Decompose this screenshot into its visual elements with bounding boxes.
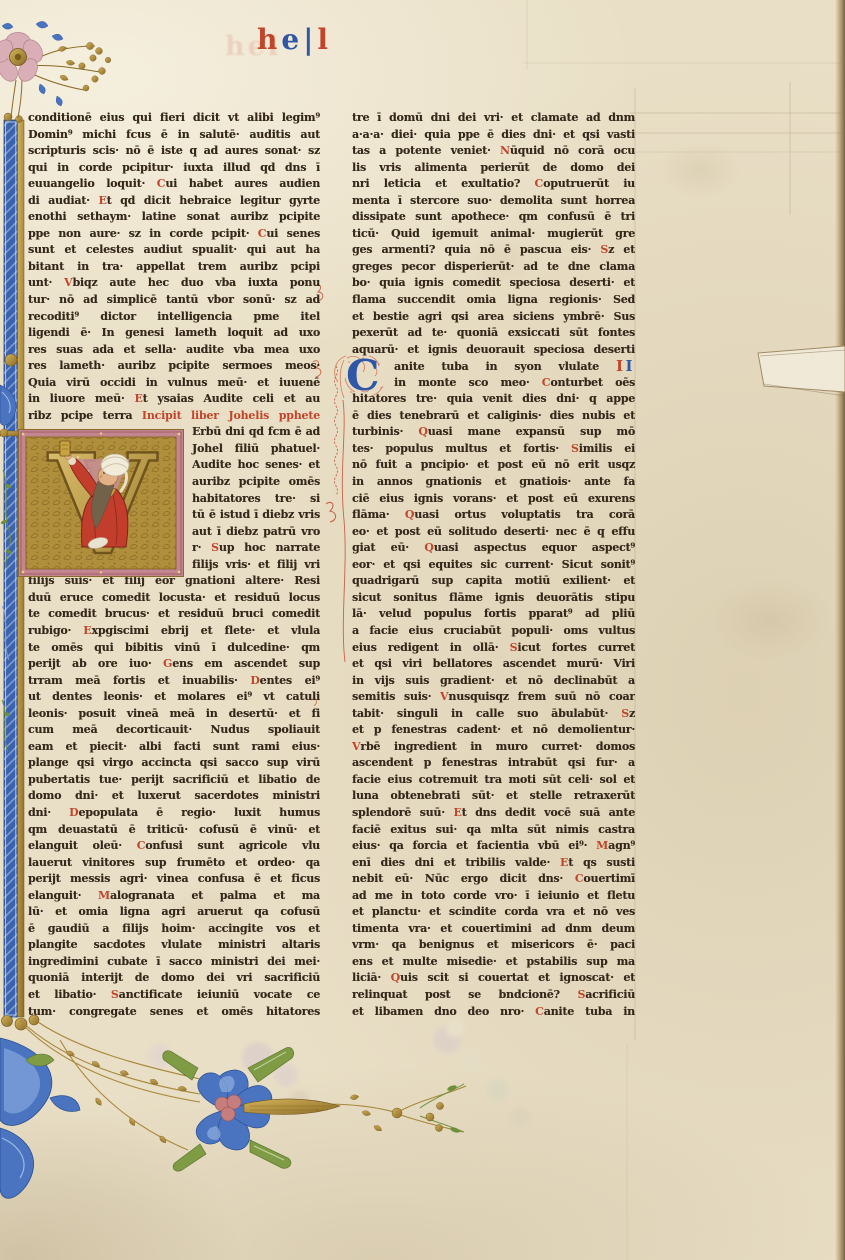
text-line: elanguit· Malogranata et palma et ma bbox=[28, 888, 320, 905]
text-line: faciē exitus sui· qa mlta sūt nimis cast… bbox=[352, 822, 635, 839]
text-line: lis vris alimenta perierūt de domo dei bbox=[352, 160, 635, 177]
text-line: recoditi⁹ dictor intelligencia pme itel bbox=[28, 309, 320, 326]
text-line: splendorē suū· Et dns dedit vocē suā ant… bbox=[352, 805, 635, 822]
text-line: tur· nō ad simplicē tantū vbor sonū· sz … bbox=[28, 292, 320, 309]
text-line: conditionē eius qui fieri dicit vt alibi… bbox=[28, 110, 320, 127]
red-ink-text: N bbox=[500, 144, 510, 157]
text-line: ascendent p fenestras intrabūt qsi fur· … bbox=[352, 755, 635, 772]
text-line: et libatio· Sanctificate ieiuniū vocate … bbox=[28, 987, 320, 1004]
text-line: flama succendit omia ligna regionis· Sed bbox=[352, 292, 635, 309]
text-line: et p fenestras cadent· et nō demolientur… bbox=[352, 722, 635, 739]
red-ink-text: Q bbox=[418, 425, 427, 438]
historiated-initial-v-prophet: V bbox=[18, 429, 184, 577]
text-line: vrm· qa benignus et misericors ē· paci bbox=[352, 937, 635, 954]
text-line: ad me in toto corde vro· ī ieiunio et fl… bbox=[352, 888, 635, 905]
text-line: nri leticia et exultatio? Coputruerūt iu bbox=[352, 176, 635, 193]
blue-acanthus bbox=[0, 1038, 80, 1198]
running-title-offset-ghost: hel bbox=[225, 33, 281, 60]
red-ink-text: C bbox=[258, 227, 267, 240]
text-line: sicut sonitus flāme ignis deuorātis stip… bbox=[352, 590, 635, 607]
show-through bbox=[148, 1019, 530, 1128]
text-line: ē dies tenebrarū et caliginis· dies nubi… bbox=[352, 408, 635, 425]
red-ink-text: E bbox=[98, 194, 106, 207]
text-line: enī dies dni et tribilis valde· Et qs su… bbox=[352, 855, 635, 872]
text-line: perijt ab ore iuo· Gens em ascendet sup bbox=[28, 656, 320, 673]
text-line: lauerut vinitores sup frumēto et ordeo· … bbox=[28, 855, 320, 872]
initial-letter-c: C bbox=[346, 352, 379, 400]
text-line: et qsi viri bellatores ascendet murū· Vi… bbox=[352, 656, 635, 673]
red-ink-text: E bbox=[134, 392, 142, 405]
red-ink-text: E bbox=[453, 806, 461, 819]
red-ink-text: S bbox=[621, 707, 629, 720]
text-line: a·a·a· diei· quia ppe ē dies dni· et qsi… bbox=[352, 127, 635, 144]
text-line: ciē eius ignis vorans· et post eū exuren… bbox=[352, 491, 635, 508]
text-line: pubertatis tue· perijt sacrificiū et lib… bbox=[28, 772, 320, 789]
chapter-initial-c: C bbox=[341, 352, 388, 402]
text-line: dni· Depopulata ē regio· luxit humus bbox=[28, 805, 320, 822]
text-line: in annos gnationis et gnatiois· ante fa bbox=[352, 474, 635, 491]
text-line: anite tuba in syon vlulate II bbox=[352, 358, 635, 375]
red-ink-text: S bbox=[211, 541, 219, 554]
page-edge bbox=[835, 0, 845, 1260]
text-line: quoniā interijt de domo dei vri sacrific… bbox=[28, 970, 320, 987]
text-line: nebit eū· Nūc ergo dicit dns· Couertimī bbox=[352, 871, 635, 888]
running-title-letter: e bbox=[281, 23, 303, 56]
text-line: facie eius cotremuit tra moti sūt celi· … bbox=[352, 772, 635, 789]
text-line: ens et multe misedie· et pstabilis sup m… bbox=[352, 954, 635, 971]
text-line: lū· et omia ligna agri aruerut qa cofusū bbox=[28, 904, 320, 921]
red-ink-text: E bbox=[560, 856, 568, 869]
text-line: liciā· Quis scit si couertat et ignoscat… bbox=[352, 970, 635, 987]
red-ink-text: S bbox=[510, 641, 518, 654]
red-ink-text: V bbox=[64, 276, 72, 289]
text-line: giat eū· Quasi aspectus equor aspect⁹ bbox=[352, 540, 635, 557]
text-line: res lameth· auribz pcipite sermoes meos· bbox=[28, 358, 320, 375]
red-ink-text: C bbox=[575, 872, 584, 885]
text-line: euuangelio loquit· Cui habet aures audie… bbox=[28, 176, 320, 193]
running-title-letter: l bbox=[317, 23, 332, 56]
text-line: in liuore meū· Et ysaias Audite celi et … bbox=[28, 391, 320, 408]
text-line: pexerūt ad te· quoniā exsiccati sūt font… bbox=[352, 325, 635, 342]
text-line: res suas ada et sella· audite vba mea ux… bbox=[28, 342, 320, 359]
text-line: tum· congregate senes et omēs hitatores bbox=[28, 1004, 320, 1021]
top-left-flower bbox=[0, 21, 111, 118]
red-ink-text: C bbox=[535, 1005, 544, 1018]
text-line: tre ī domū dni dei vri· et clamate ad dn… bbox=[352, 110, 635, 127]
text-line: duū eruce comedit locusta· et residuū lo… bbox=[28, 590, 320, 607]
text-line: a facie eius cruciabūt populi· oms vultu… bbox=[352, 623, 635, 640]
text-line: Quia virū occidi in vulnus meū· et iuuen… bbox=[28, 375, 320, 392]
red-ink-text: S bbox=[577, 988, 585, 1001]
text-line: unt· Vbiqz aute hec duo vba iuxta ponu bbox=[28, 275, 320, 292]
text-line: greges pecor disperierūt· ad te dne clam… bbox=[352, 259, 635, 276]
text-line: plangite sacdotes vlulate ministri altar… bbox=[28, 937, 320, 954]
text-line: relinquat post se bndcionē? Sacrificiū bbox=[352, 987, 635, 1004]
text-line: quadrigarū sup capita motiū exilient· et bbox=[352, 573, 635, 590]
text-line: ē gaudiū a filijs hoim· accingite vos et bbox=[28, 921, 320, 938]
manuscript-page: he|l hel conditionē eius qui fieri dicit… bbox=[0, 0, 845, 1260]
red-ink-text: D bbox=[250, 674, 259, 687]
red-ink-text: C bbox=[542, 376, 551, 389]
text-line: ges armenti? quia nō ē pascua eis· Sz et bbox=[352, 242, 635, 259]
text-line: ppe non aure· sz in corde pcipit· Cui se… bbox=[28, 226, 320, 243]
text-line: Vrbē ingredient in muro curret· domos bbox=[352, 739, 635, 756]
bottom-floral-border bbox=[0, 1019, 530, 1198]
text-line: in monte sco meo· Conturbet oēs bbox=[352, 375, 635, 392]
red-ink-text: S bbox=[600, 243, 608, 256]
text-line: eor· et qsi equites sic current· Sicut s… bbox=[352, 557, 635, 574]
initial-v-art: V bbox=[18, 429, 184, 577]
parchment-tab bbox=[758, 346, 845, 396]
red-ink-text: G bbox=[163, 657, 172, 670]
text-line: turbinis· Quasi mane expansū sup mō bbox=[352, 424, 635, 441]
text-line: eius· qa forcia et facientia vbū ei⁹· Ma… bbox=[352, 838, 635, 855]
text-line: ligendi ē· In genesi lameth loquit ad ux… bbox=[28, 325, 320, 342]
red-ink-text: Q bbox=[424, 541, 433, 554]
text-line: eam et piecit· albi facti sunt rami eius… bbox=[28, 739, 320, 756]
text-line: leonis· posuit vineā meā in desertū· et … bbox=[28, 706, 320, 723]
text-line: rubigo· Expgiscimi ebrij et flete· et vl… bbox=[28, 623, 320, 640]
text-line: tes· populus multus et fortis· Similis e… bbox=[352, 441, 635, 458]
red-ink-text: V bbox=[440, 690, 448, 703]
text-line: te omēs qui bibitis vinū ī dulcedine· qm bbox=[28, 640, 320, 657]
red-ink-text: D bbox=[69, 806, 78, 819]
text-line: et bestie agri qsi area siciens ymbrē· S… bbox=[352, 309, 635, 326]
running-title-letter: | bbox=[303, 23, 317, 56]
text-line: trram meā fortis et inuabilis· Dentes ei… bbox=[28, 673, 320, 690]
text-line: enothi sethaym· latine sonat auribz pcip… bbox=[28, 209, 320, 226]
text-line: plange qsi virgo accincta qsi sacco sup … bbox=[28, 755, 320, 772]
text-line: flāma· Quasi ortus voluptatis tra corā bbox=[352, 507, 635, 524]
red-ink-text: C bbox=[157, 177, 166, 190]
blue-flower bbox=[163, 1048, 340, 1171]
text-line: et planctu· et scindite corda vra et nō … bbox=[352, 904, 635, 921]
text-line: domo dni· et luxerut sacerdotes ministri bbox=[28, 788, 320, 805]
text-line: cum meā decorticauit· Nudus spoliauit bbox=[28, 722, 320, 739]
red-ink-text: Q bbox=[391, 971, 400, 984]
text-line: scripturis scis· nō ē iste q ad aures so… bbox=[28, 143, 320, 160]
text-column-right: tre ī domū dni dei vri· et clamate ad dn… bbox=[352, 110, 635, 1020]
margin-tendrils bbox=[0, 385, 16, 752]
text-line: ingredimini cubate ī sacco ministri dei … bbox=[28, 954, 320, 971]
text-line: bitant in tra· appellat trem auribz pcip… bbox=[28, 259, 320, 276]
text-line: luna obtenebrati sūt· et stelle retraxer… bbox=[352, 788, 635, 805]
red-ink-text: M bbox=[98, 889, 110, 902]
text-line: qui in corde pcipitur· iuxta illud qd dn… bbox=[28, 160, 320, 177]
text-line: et libamen dno deo nro· Canite tuba in bbox=[352, 1004, 635, 1021]
text-line: tas a potente veniet· Nūquid nō corā ocu bbox=[352, 143, 635, 160]
red-ink-text: M bbox=[596, 839, 608, 852]
text-line: sunt et celestes audiut spualit· qui aut… bbox=[28, 242, 320, 259]
text-line: tabit· singuli in calle suo ābulabūt· Sz bbox=[352, 706, 635, 723]
text-line: Domin⁹ michi fcus ē in salutē· auditis a… bbox=[28, 127, 320, 144]
red-ink-text: C bbox=[137, 839, 146, 852]
text-line: perijt messis agri· vinea confusa ē et f… bbox=[28, 871, 320, 888]
text-line: te comedit brucus· et residuū bruci come… bbox=[28, 606, 320, 623]
text-line: aquarū· et ignis deuorauit speciosa dese… bbox=[352, 342, 635, 359]
text-line: timenta vra· et couertimini ad dnm deum bbox=[352, 921, 635, 938]
text-line: ut dentes leonis· et molares ei⁹ vt catu… bbox=[28, 689, 320, 706]
text-line: eo· et post eū solitudo deserti· nec ē q… bbox=[352, 524, 635, 541]
text-line: qm deuastatū ē triticū· cofusū ē vinū· e… bbox=[28, 822, 320, 839]
red-ink-text: E bbox=[83, 624, 91, 637]
chapter-numeral: II bbox=[616, 358, 635, 375]
text-line: semitis suis· Vnusquisqz frem suū nō coa… bbox=[352, 689, 635, 706]
text-line: dissipate sunt apothece· qm confusū ē tr… bbox=[352, 209, 635, 226]
red-ink-text: V bbox=[352, 740, 360, 753]
red-ink-text: Incipit liber Johelis pphete bbox=[142, 409, 320, 422]
red-ink-text: S bbox=[111, 988, 119, 1001]
text-line: eius redigent in ollā· Sicut fortes curr… bbox=[352, 640, 635, 657]
text-line: ribz pcipe terra Incipit liber Johelis p… bbox=[28, 408, 320, 425]
red-ink-text: Q bbox=[405, 508, 414, 521]
text-line: in vijs suis gradient· et nō declinabūt … bbox=[352, 673, 635, 690]
red-ink-text: S bbox=[571, 442, 579, 455]
text-line: di audiat· Et qd dicit hebraice legitur … bbox=[28, 193, 320, 210]
text-line: menta ī stercore suo· demolita sunt horr… bbox=[352, 193, 635, 210]
text-line: hitatores tre· quia venit dies dni· q ap… bbox=[352, 391, 635, 408]
text-line: ticū· Quid igemuit animal· mugierūt gre bbox=[352, 226, 635, 243]
text-line: nō fuit a pncipio· et post eū nō erit us… bbox=[352, 457, 635, 474]
red-ink-text: C bbox=[535, 177, 544, 190]
text-line: bo· quia ignis comedit speciosa deserti·… bbox=[352, 275, 635, 292]
text-line: lā· velud populus fortis pparat⁹ ad pliū bbox=[352, 606, 635, 623]
text-line: elanguit oleū· Confusi sunt agricole vlu bbox=[28, 838, 320, 855]
